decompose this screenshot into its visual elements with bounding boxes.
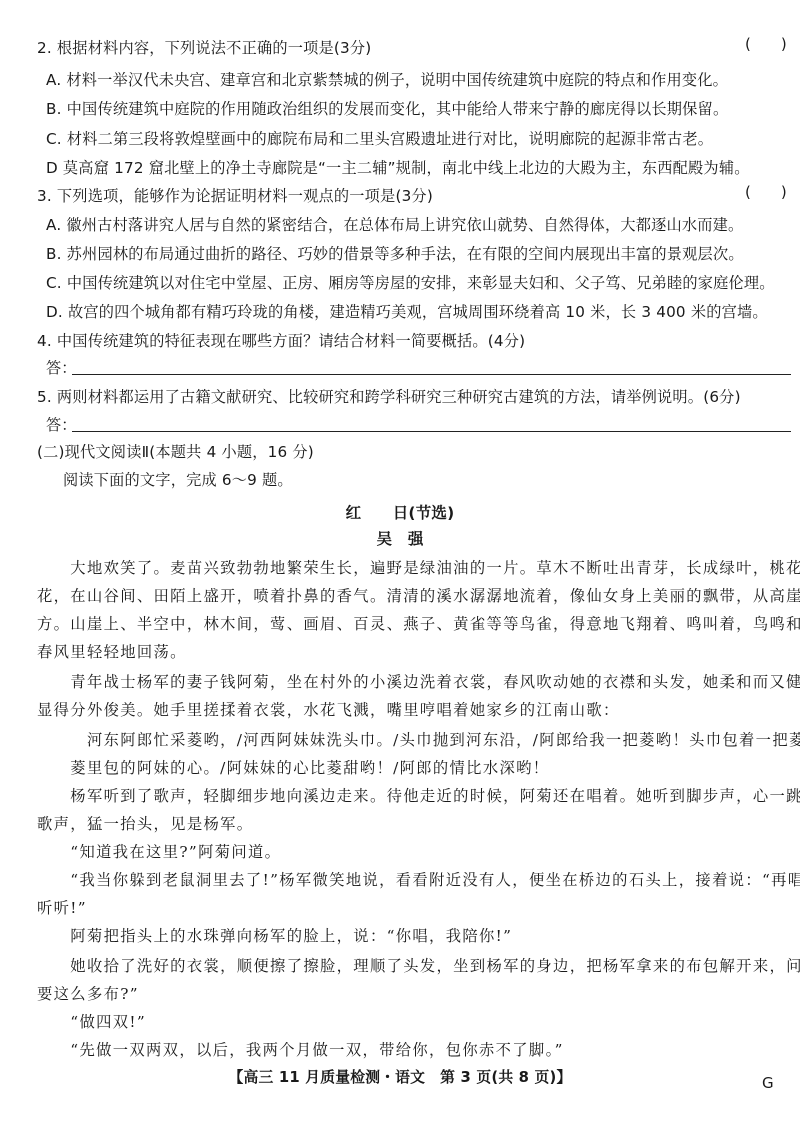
story-line: 她收拾了洗好的衣裳，顺便擦了擦脸，理顺了头发，坐到杨军的身边，把杨军拿来的布包解…	[37, 956, 800, 976]
question-2-option-a: A. 材料一举汉代未央宫、建章宫和北京紫禁城的例子，说明中国传统建筑中庭院的特点…	[46, 70, 728, 90]
story-line: 青年战士杨军的妻子钱阿菊，坐在村外的小溪边洗着衣裳，春风吹动她的衣襟和头发，她柔…	[37, 672, 800, 692]
exam-page: 2. 根据材料内容，下列说法不正确的一项是(3分) ( ) A. 材料一举汉代未…	[0, 0, 800, 1131]
corner-mark: G	[762, 1073, 774, 1093]
question-2-option-b: B. 中国传统建筑中庭院的作用随政治组织的发展而变化，其中能给人带来宁静的廊庑得…	[46, 99, 728, 119]
question-5-answer-area[interactable]: 答：	[46, 415, 791, 437]
story-line: “先做一双两双，以后，我两个月做一双，带给你，包你赤不了脚。”	[37, 1040, 564, 1060]
story-line: 方。山崖上、半空中，林木间，莺、画眉、百灵、燕子、黄雀等等鸟雀，得意地飞翔着、鸣…	[37, 614, 800, 634]
story-line: “做四双!”	[37, 1012, 146, 1032]
story-line: 春风里轻轻地回荡。	[37, 642, 187, 662]
question-3-answer-bracket[interactable]: ( )	[745, 182, 787, 202]
story-line: 大地欢笑了。麦苗兴致勃勃地繁荣生长，遍野是绿油油的一片。草木不断吐出青芽，长成绿…	[37, 558, 800, 578]
story-line: “我当你躲到老鼠洞里去了!”杨军微笑地说，看看附近没有人，便坐在桥边的石头上，接…	[37, 870, 800, 890]
question-2-option-c: C. 材料二第三段将敦煌壁画中的廊院布局和二里头宫殿遗址进行对比，说明廊院的起源…	[46, 129, 713, 149]
question-2-answer-bracket[interactable]: ( )	[745, 34, 787, 54]
story-line: 花，在山谷间、田陌上盛开，喷着扑鼻的香气。清清的溪水潺潺地流着，像仙女身上美丽的…	[37, 586, 800, 606]
question-2-stem: 2. 根据材料内容，下列说法不正确的一项是(3分)	[37, 38, 371, 58]
question-5-stem: 5. 两则材料都运用了古籍文献研究、比较研究和跨学科研究三种研究古建筑的方法，请…	[37, 387, 741, 407]
answer-label: 答：	[46, 358, 76, 378]
question-3-option-c: C. 中国传统建筑以对住宅中堂屋、正房、厢房等房屋的安排，来彰显夫妇和、父子笃、…	[46, 273, 775, 293]
question-4-stem: 4. 中国传统建筑的特征表现在哪些方面？请结合材料一简要概括。(4分)	[37, 331, 525, 351]
story-title: 红 日(节选)	[0, 503, 800, 523]
story-line: 阿菊把指头上的水珠弹向杨军的脸上，说：“你唱，我陪你!”	[37, 926, 512, 946]
answer-label: 答：	[46, 415, 76, 435]
song-line: 河东阿郎忙采菱哟，/河西阿妹妹洗头巾。/头巾抛到河东沿，/阿郎给我一把菱哟！头巾…	[37, 730, 800, 750]
section-instruction: 阅读下面的文字，完成 6～9 题。	[63, 470, 293, 490]
story-line: 歌声，猛一抬头，见是杨军。	[37, 814, 253, 834]
section-heading: (二)现代文阅读Ⅱ(本题共 4 小题，16 分)	[37, 442, 314, 462]
story-line: 杨军听到了歌声，轻脚细步地向溪边走来。待他走近的时候，阿菊还在唱着。她听到脚步声…	[37, 786, 800, 806]
page-footer: 【高三 11 月质量检测・语文 第 3 页(共 8 页)】	[0, 1068, 800, 1088]
question-3-option-a: A. 徽州古村落讲究人居与自然的紧密结合，在总体布局上讲究依山就势、自然得体，大…	[46, 215, 743, 235]
song-line: 菱里包的阿妹的心。/阿妹妹的心比菱甜哟！/阿郎的情比水深哟！	[37, 758, 549, 778]
story-line: 显得分外俊美。她手里搓揉着衣裳，水花飞溅，嘴里哼唱着她家乡的江南山歌：	[37, 700, 620, 720]
answer-line[interactable]	[72, 374, 791, 375]
story-line: 要这么多布?”	[37, 984, 139, 1004]
question-2-option-d: D 莫高窟 172 窟北壁上的净土寺廊院是“一主二辅”规制，南北中线上北边的大殿…	[46, 158, 750, 178]
question-3-option-d: D. 故宫的四个城角都有精巧玲珑的角楼，建造精巧美观，宫城周围环绕着高 10 米…	[46, 302, 768, 322]
question-4-answer-area[interactable]: 答：	[46, 358, 791, 380]
story-line: 听听!”	[37, 898, 87, 918]
question-3-stem: 3. 下列选项，能够作为论据证明材料一观点的一项是(3分)	[37, 186, 433, 206]
answer-line[interactable]	[72, 431, 791, 432]
story-author: 吴 强	[0, 529, 800, 549]
story-line: “知道我在这里?”阿菊问道。	[37, 842, 281, 862]
question-3-option-b: B. 苏州园林的布局通过曲折的路径、巧妙的借景等多种手法，在有限的空间内展现出丰…	[46, 244, 744, 264]
